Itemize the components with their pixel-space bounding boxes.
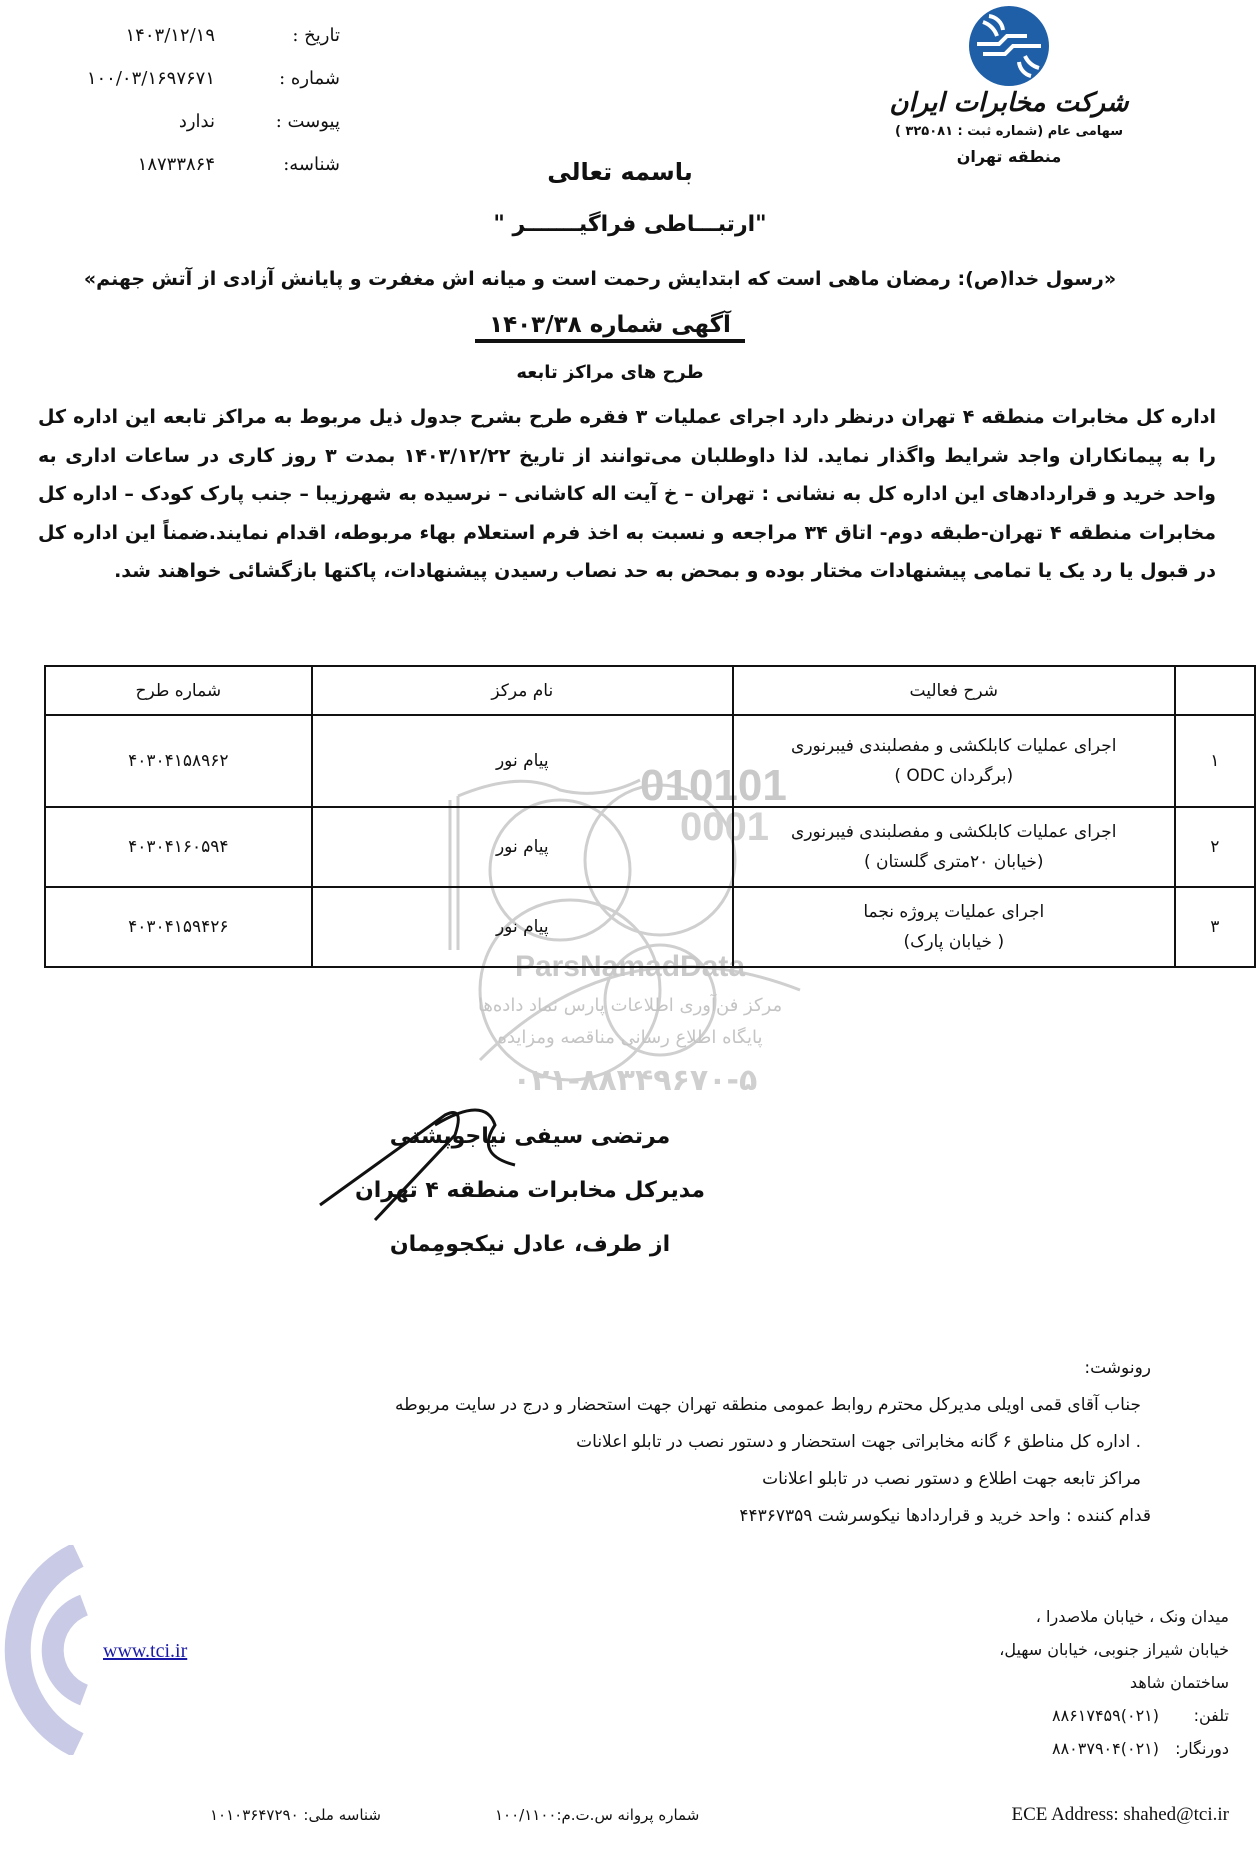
- description-line-2: (برگردان ODC ): [735, 761, 1173, 791]
- address-line: خیابان شیراز جنوبی، خیابان سهیل،: [949, 1633, 1229, 1666]
- description-line-2: (خیابان ۲۰متری گلستان ): [735, 847, 1173, 877]
- company-logo-block: شرکت مخابرات ایران سهامی عام (شماره ثبت …: [869, 6, 1149, 166]
- row-center: پیام نور: [312, 887, 733, 967]
- row-description: اجرای عملیات پروژه نجما ( خیابان پارک): [733, 887, 1175, 967]
- address-line: ساختمان شاهد: [949, 1666, 1229, 1699]
- tci-logo-icon: [969, 6, 1049, 86]
- national-id: شناسه ملی: ۱۰۱۰۳۶۴۷۲۹۰: [210, 1806, 381, 1824]
- ece-address: ECE Address: shahed@tci.ir: [1012, 1804, 1230, 1826]
- row-description: اجرای عملیات کابلکشی و مفصلبندی فیبرنوری…: [733, 715, 1175, 807]
- watermark-subtitle: مرکز فن‌آوری اطلاعات پارس نماد داده‌ها پ…: [430, 990, 830, 1054]
- meta-attachment-label: پیوست :: [225, 111, 340, 132]
- meta-date-value: ۱۴۰۳/۱۲/۱۹: [40, 25, 225, 46]
- fax-value: (۰۲۱)۸۸۰۳۷۹۰۴: [1052, 1732, 1159, 1765]
- cc-title: رونوشت:: [251, 1350, 1151, 1387]
- row-description: اجرای عملیات کابلکشی و مفصلبندی فیبرنوری…: [733, 807, 1175, 887]
- col-header-description: شرح فعالیت: [733, 666, 1175, 715]
- notice-body: اداره کل مخابرات منطقه ۴ تهران درنظر دار…: [38, 398, 1216, 591]
- plans-table: شرح فعالیت نام مرکز شماره طرح ۱ اجرای عم…: [44, 665, 1256, 968]
- watermark-line1: مرکز فن‌آوری اطلاعات پارس نماد داده‌ها: [430, 990, 830, 1022]
- cc-line: جناب آقای قمی اویلی مدیرکل محترم روابط ع…: [251, 1387, 1151, 1424]
- table-header-row: شرح فعالیت نام مرکز شماره طرح: [45, 666, 1255, 715]
- row-plan-number: ۴۰۳۰۴۱۶۰۵۹۴: [45, 807, 312, 887]
- footer-phone: تلفن: (۰۲۱)۸۸۶۱۷۴۵۹: [949, 1699, 1229, 1732]
- footer-address: میدان ونک ، خیابان ملاصدرا ، خیابان شیرا…: [949, 1600, 1229, 1765]
- meta-number-label: شماره :: [225, 68, 340, 89]
- handwritten-signature-icon: [315, 1095, 535, 1225]
- row-number: ۳: [1175, 887, 1255, 967]
- cc-action: قدام کننده : واحد خرید و قراردادها نیکوس…: [251, 1498, 1151, 1535]
- license-number: شماره پروانه س.ت.م:۱۰۰/۱۱۰۰: [495, 1806, 699, 1824]
- meta-attachment: پیوست : ندارد: [40, 100, 340, 143]
- cc-section: رونوشت: جناب آقای قمی اویلی مدیرکل محترم…: [251, 1350, 1151, 1535]
- signatory-on-behalf: از طرف، عادل نیکجومِمان: [330, 1218, 730, 1272]
- watermark-line2: پایگاه اطلاع رسانی مناقصه ومزایده: [430, 1022, 830, 1054]
- bismillah-heading: باسمه تعالی: [520, 158, 720, 186]
- hadith-quote: «رسول خدا(ص): رمضان ماهی است که ابتدایش …: [60, 268, 1140, 290]
- meta-id-label: شناسه:: [225, 154, 340, 175]
- description-line-1: اجرای عملیات کابلکشی و مفصلبندی فیبرنوری: [735, 731, 1173, 761]
- col-header-center: نام مرکز: [312, 666, 733, 715]
- row-plan-number: ۴۰۳۰۴۱۵۸۹۶۲: [45, 715, 312, 807]
- table-row: ۱ اجرای عملیات کابلکشی و مفصلبندی فیبرنو…: [45, 715, 1255, 807]
- row-center: پیام نور: [312, 715, 733, 807]
- watermark-phone: ۰۲۱-۸۸۳۴۹۶۷۰-۵: [455, 1063, 815, 1098]
- meta-attachment-value: ندارد: [40, 111, 225, 132]
- cc-line: مراکز تابعه جهت اطلاع و دستور نصب در تاب…: [251, 1461, 1151, 1498]
- meta-id: شناسه: ۱۸۷۳۳۸۶۴: [40, 143, 340, 186]
- table-row: ۳ اجرای عملیات پروژه نجما ( خیابان پارک)…: [45, 887, 1255, 967]
- letter-meta: تاریخ : ۱۴۰۳/۱۲/۱۹ شماره : ۱۰۰/۰۳/۱۶۹۷۶۷…: [40, 14, 340, 186]
- meta-number: شماره : ۱۰۰/۰۳/۱۶۹۷۶۷۱: [40, 57, 340, 100]
- company-region: منطقه تهران: [869, 147, 1149, 166]
- phone-value: (۰۲۱)۸۸۶۱۷۴۵۹: [1052, 1699, 1159, 1732]
- notice-subtitle: طرح های مراکز تابعه: [480, 362, 740, 383]
- footer-fax: دورنگار: (۰۲۱)۸۸۰۳۷۹۰۴: [949, 1732, 1229, 1765]
- cc-line: . اداره کل مناطق ۶ گانه مخابراتی جهت است…: [251, 1424, 1151, 1461]
- address-line: میدان ونک ، خیابان ملاصدرا ،: [949, 1600, 1229, 1633]
- row-number: ۱: [1175, 715, 1255, 807]
- description-line-1: اجرای عملیات کابلکشی و مفصلبندی فیبرنوری: [735, 817, 1173, 847]
- meta-number-value: ۱۰۰/۰۳/۱۶۹۷۶۷۱: [40, 68, 225, 89]
- description-line-2: ( خیابان پارک): [735, 927, 1173, 957]
- table-row: ۲ اجرای عملیات کابلکشی و مفصلبندی فیبرنو…: [45, 807, 1255, 887]
- meta-date-label: تاریخ :: [225, 25, 340, 46]
- description-line-1: اجرای عملیات پروژه نجما: [735, 897, 1173, 927]
- slogan: "ارتبـــاطی فراگیـــــــر ": [380, 212, 880, 237]
- phone-label: تلفن:: [1159, 1699, 1229, 1732]
- footer-signal-arc-icon: [0, 1545, 90, 1755]
- col-header-plan-number: شماره طرح: [45, 666, 312, 715]
- company-name: شرکت مخابرات ایران: [869, 88, 1149, 118]
- fax-label: دورنگار:: [1159, 1732, 1229, 1765]
- meta-date: تاریخ : ۱۴۰۳/۱۲/۱۹: [40, 14, 340, 57]
- website-link[interactable]: www.tci.ir: [103, 1640, 187, 1663]
- company-registration: سهامی عام (شماره ثبت : ۳۲۵۰۸۱ ): [869, 124, 1149, 139]
- col-header-number: [1175, 666, 1255, 715]
- row-center: پیام نور: [312, 807, 733, 887]
- meta-id-value: ۱۸۷۳۳۸۶۴: [40, 154, 225, 175]
- row-number: ۲: [1175, 807, 1255, 887]
- row-plan-number: ۴۰۳۰۴۱۵۹۴۲۶: [45, 887, 312, 967]
- notice-title: آگهی شماره ۱۴۰۳/۳۸: [475, 312, 745, 343]
